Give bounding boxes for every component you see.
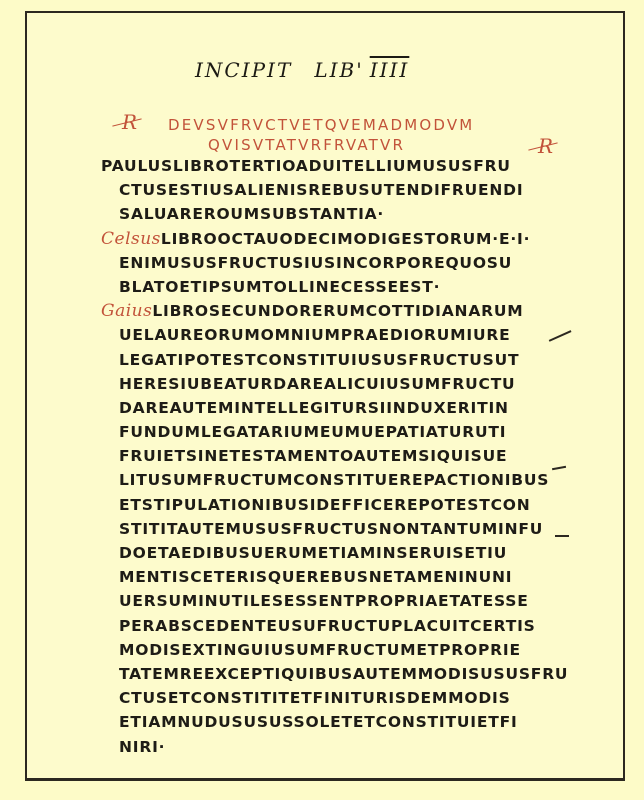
rubric-title-line-2: QVISVTATVRFRVATVR xyxy=(208,136,405,154)
text-line: CTUSETCONSTITITETFINITURISDEMMODIS xyxy=(101,686,571,710)
text-line: ENIMUSUSFRUCTUSIUSINCORPOREQUOSU xyxy=(101,251,571,275)
text-line: BLATOETIPSUMTOLLINECESSEEST· xyxy=(101,275,571,299)
margin-mark xyxy=(555,535,569,537)
text-line: CTUSESTIUSALIENISREBUSUTENDIFRUENDI xyxy=(101,178,571,202)
text-line: LEGATIPOTESTCONSTITUIUSUSFRUCTUSUT xyxy=(101,348,571,372)
text-line: FRUIETSINETESTAMENTOAUTEMSIQUISUE xyxy=(101,444,571,468)
text-line: CelsusLIBROOCTAUODECIMODIGESTORUM·E·I· xyxy=(101,227,571,251)
liber-abbreviation: LIB' xyxy=(314,58,363,82)
text-line: PAULUSLIBROTERTIOADUITELLIUMUSUSFRU xyxy=(101,154,571,178)
incipit-word: INCIPIT xyxy=(195,58,292,82)
text-line: FUNDUMLEGATARIUMEUMUEPATIATURUTI xyxy=(101,420,571,444)
text-line: UELAUREORUMOMNIUMPRAEDIORUMIURE xyxy=(101,323,571,347)
jurist-name-celsus: Celsus xyxy=(101,229,161,249)
text-line: DOETAEDIBUSUERUMETIAMINSERUISETIU xyxy=(101,541,571,565)
text-line: STITITAUTEMUSUSFRUCTUSNONTANTUMINFU xyxy=(101,517,571,541)
text-line: MODISEXTINGUIUSUMFRUCTUMETPROPRIE xyxy=(101,638,571,662)
text-line: NIRI· xyxy=(101,735,571,759)
text-line: DAREAUTEMINTELLEGITURSIINDUXERITIN xyxy=(101,396,571,420)
text-line: TATEMREEXCEPTIQUIBUSAUTEMMODISUSUSFRU xyxy=(101,662,571,686)
text-line: ETIAMNUDUSUSUSSOLETETCONSTITUIETFI xyxy=(101,710,571,734)
jurist-name-gaius: Gaius xyxy=(101,301,152,321)
text-line: UERSUMINUTILESESSENTPROPRIAETATESSE xyxy=(101,589,571,613)
text-line: LITUSUMFRUCTUMCONSTITUEREPACTIONIBUS xyxy=(101,468,571,492)
manuscript-body: PAULUSLIBROTERTIOADUITELLIUMUSUSFRU CTUS… xyxy=(101,154,571,759)
rubric-mark-left: R xyxy=(122,110,137,134)
text-line: PERABSCEDENTEUSUFRUCTUPLACUITCERTIS xyxy=(101,614,571,638)
book-number: IIII xyxy=(370,58,410,82)
incipit-heading: INCIPITLIB'IIII xyxy=(195,58,409,82)
text-line: SALUAREROUMSUBSTANTIA· xyxy=(101,202,571,226)
text-line: ETSTIPULATIONIBUSIDEFFICEREPOTESTCON xyxy=(101,493,571,517)
text-line: HERESIUBEATURDAREALICUIUSUMFRUCTU xyxy=(101,372,571,396)
text-line: MENTISCETERISQUEREBUSNETAMENINUNI xyxy=(101,565,571,589)
text-line: GaiusLIBROSECUNDORERUMCOTTIDIANARUM xyxy=(101,299,571,323)
rubric-title-line-1: DEVSVFRVCTVETQVEMADMODVM xyxy=(168,116,474,134)
